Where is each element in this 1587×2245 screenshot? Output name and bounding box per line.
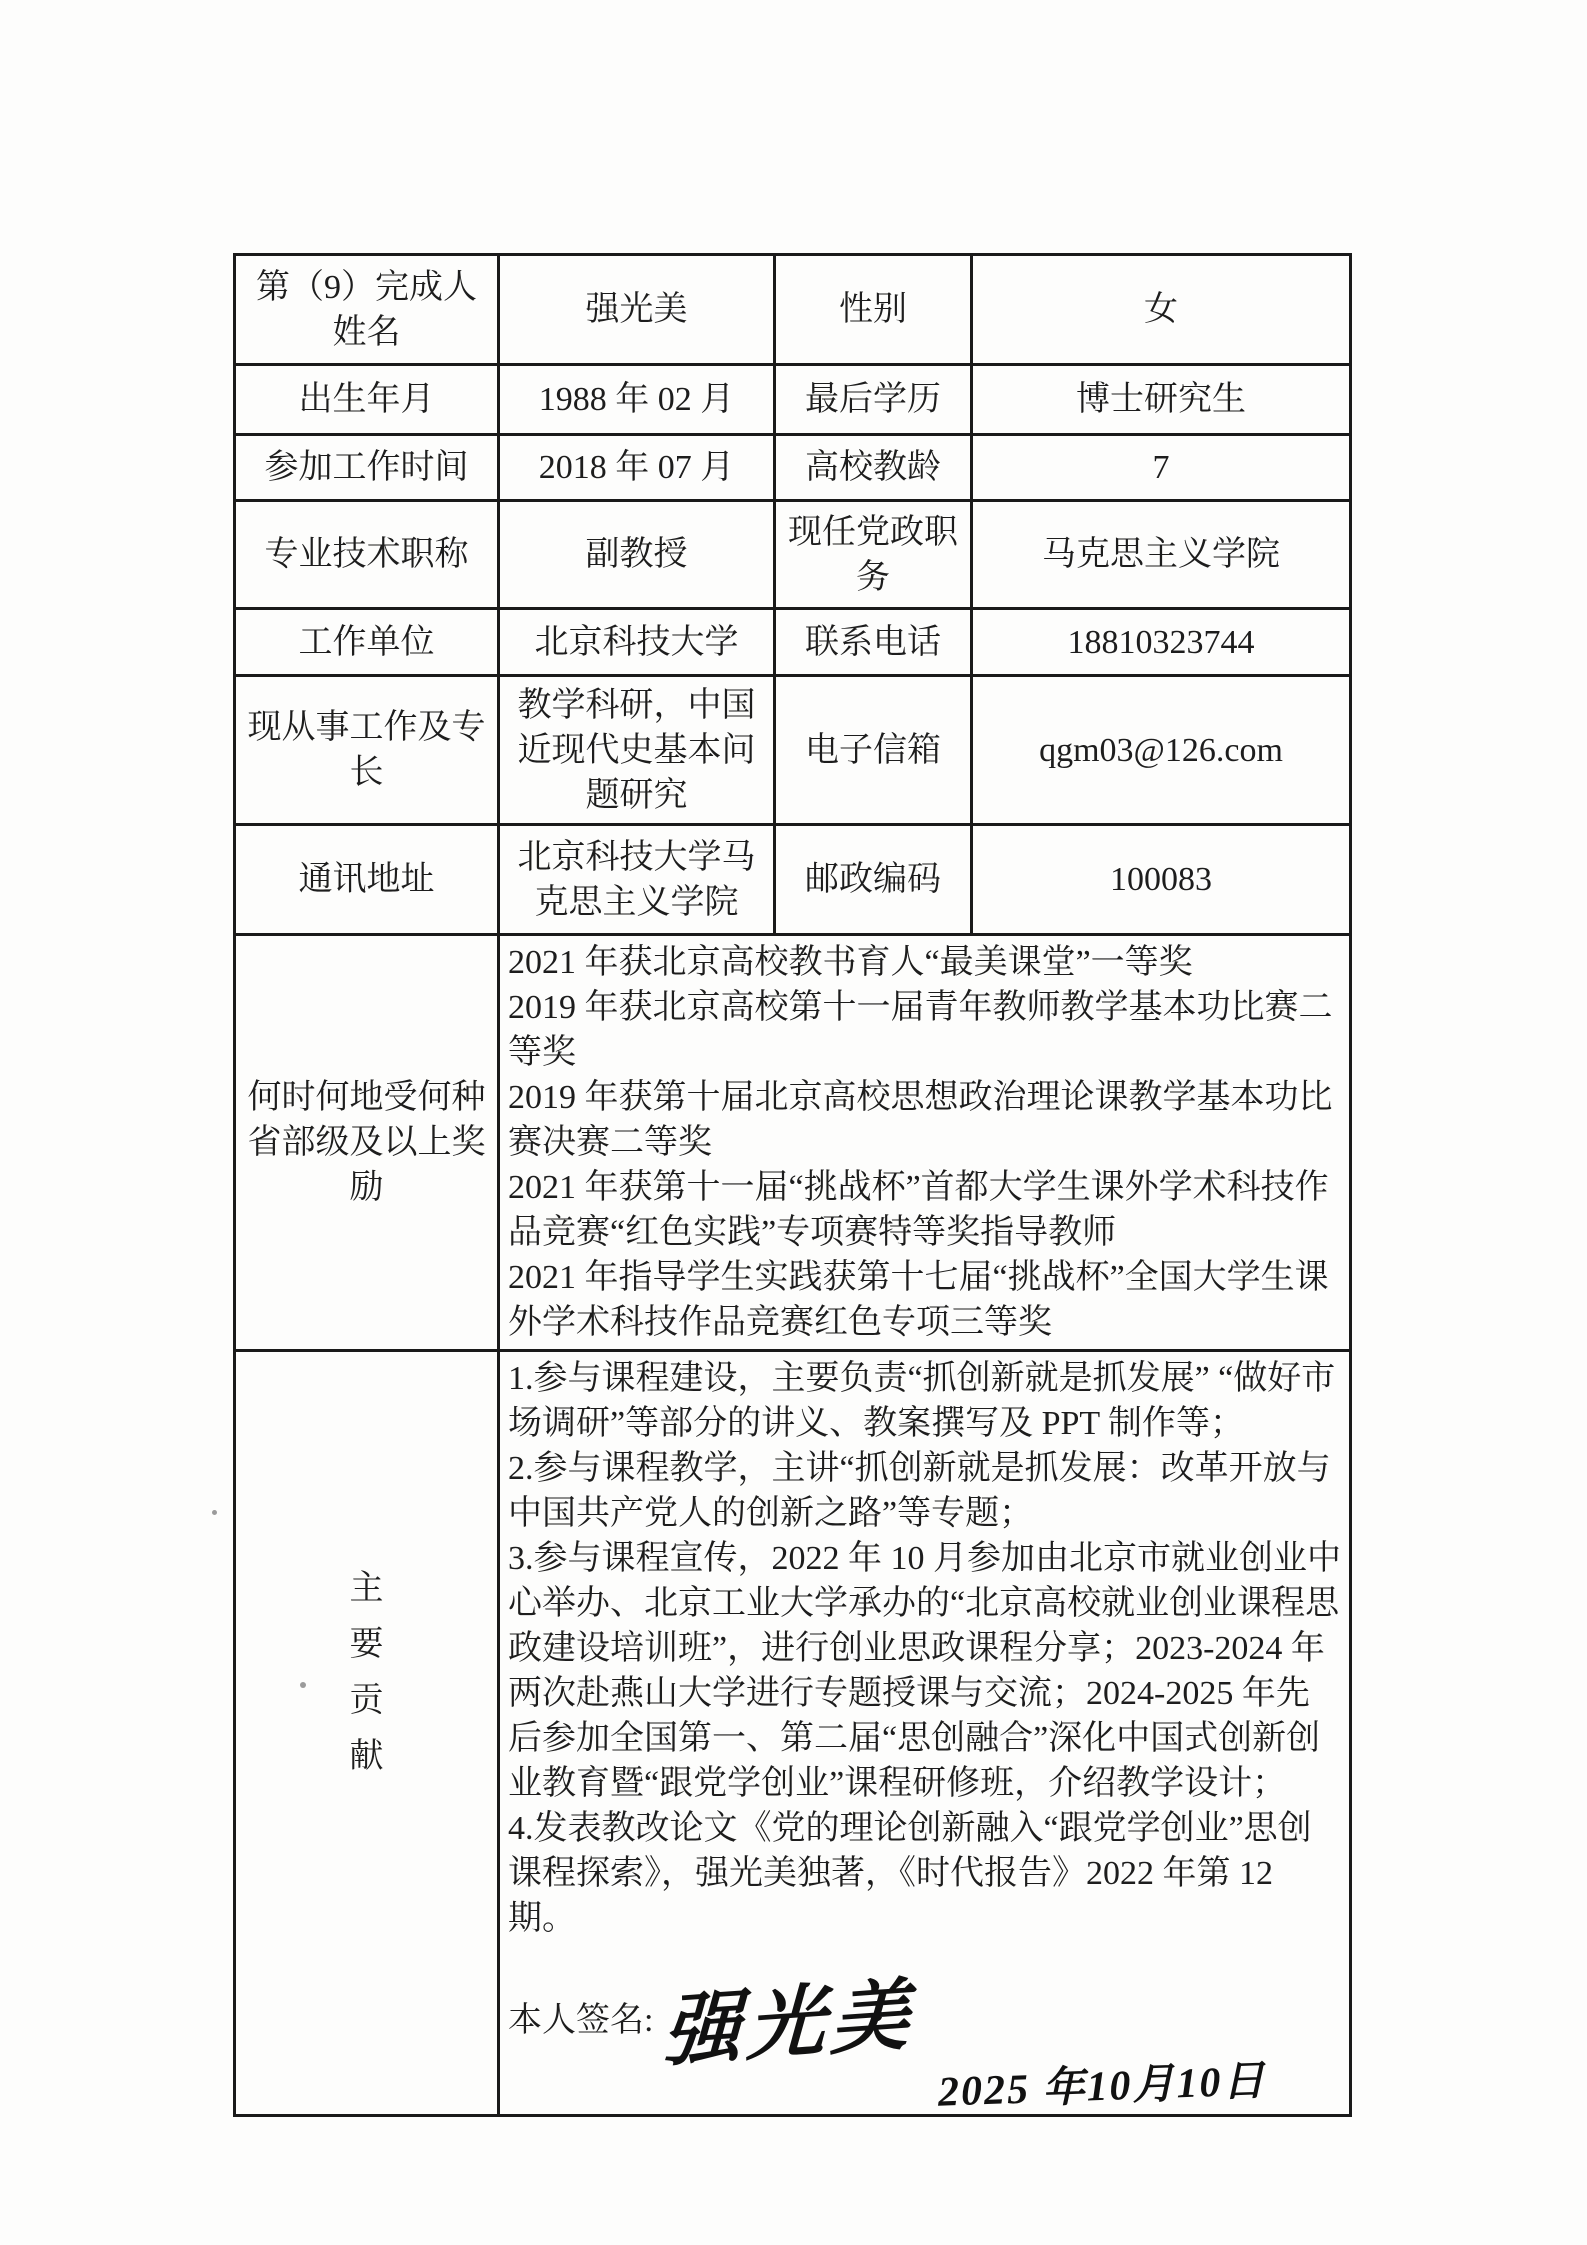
label-phone: 联系电话 [775,609,972,676]
awards-content: 2021 年获北京高校教书育人“最美课堂”一等奖 2019 年获北京高校第十一届… [499,935,1351,1351]
award-item: 2019 年获北京高校第十一届青年教师教学基本功比赛二等奖 [508,985,1341,1075]
label-completer-name: 第（9）完成人姓名 [235,255,499,365]
table-row: 现从事工作及专长 教学科研，中国近现代史基本问题研究 电子信箱 qgm03@12… [235,676,1351,825]
value-employer: 北京科技大学 [499,609,775,676]
contribution-item: 2.参与课程教学，主讲“抓创新就是抓发展：改革开放与中国共产党人的创新之路”等专… [508,1446,1341,1536]
label-mailing-address: 通讯地址 [235,825,499,935]
label-work-start: 参加工作时间 [235,435,499,501]
signature-line: 本人签名: 强光美 [508,1989,1341,2059]
label-professional-title: 专业技术职称 [235,501,499,609]
value-gender: 女 [972,255,1351,365]
contribution-item: 3.参与课程宣传，2022 年 10 月参加由北京市就业创业中心举办、北京工业大… [508,1536,1341,1806]
contributions-content: 1.参与课程建设，主要负责“抓创新就是抓发展” “做好市场调研”等部分的讲义、教… [499,1351,1351,2116]
value-birth-date: 1988 年 02 月 [499,365,775,435]
value-highest-education: 博士研究生 [972,365,1351,435]
signature-label: 本人签名: [508,1989,653,2053]
award-item: 2019 年获第十届北京高校思想政治理论课教学基本功比赛决赛二等奖 [508,1075,1341,1165]
award-item: 2021 年指导学生实践获第十七届“挑战杯”全国大学生课外学术科技作品竞赛红色专… [508,1255,1341,1345]
award-item: 2021 年获第十一届“挑战杯”首都大学生课外学术科技作品竞赛“红色实践”专项赛… [508,1165,1341,1255]
scanned-form-page: 第（9）完成人姓名 强光美 性别 女 出生年月 1988 年 02 月 最后学历… [0,0,1587,2245]
label-highest-education: 最后学历 [775,365,972,435]
value-teaching-years: 7 [972,435,1351,501]
label-teaching-years: 高校教龄 [775,435,972,501]
value-current-work: 教学科研，中国近现代史基本问题研究 [499,676,775,825]
value-professional-title: 副教授 [499,501,775,609]
handwritten-signature: 强光美 [663,1980,917,2068]
label-email: 电子信箱 [775,676,972,825]
value-mailing-address: 北京科技大学马克思主义学院 [499,825,775,935]
value-email: qgm03@126.com [972,676,1351,825]
contribution-item: 1.参与课程建设，主要负责“抓创新就是抓发展” “做好市场调研”等部分的讲义、教… [508,1356,1341,1446]
awards-row: 何时何地受何种省部级及以上奖励 2021 年获北京高校教书育人“最美课堂”一等奖… [235,935,1351,1351]
value-phone: 18810323744 [972,609,1351,676]
scan-speck [212,1510,217,1515]
award-item: 2021 年获北京高校教书育人“最美课堂”一等奖 [508,940,1341,985]
label-birth-date: 出生年月 [235,365,499,435]
contributions-row: 主要贡献 1.参与课程建设，主要负责“抓创新就是抓发展” “做好市场调研”等部分… [235,1351,1351,2116]
label-gender: 性别 [775,255,972,365]
label-awards: 何时何地受何种省部级及以上奖励 [235,935,499,1351]
handwritten-date: 2025 年10月10日 [937,2059,1267,2115]
contribution-item: 4.发表教改论文《党的理论创新融入“跟党学创业”思创课程探索》，强光美独著，《时… [508,1806,1341,1941]
table-row: 第（9）完成人姓名 强光美 性别 女 [235,255,1351,365]
table-row: 专业技术职称 副教授 现任党政职务 马克思主义学院 [235,501,1351,609]
value-postal-code: 100083 [972,825,1351,935]
main-contributions-vertical-text: 主要贡献 [347,1561,387,1785]
table-row: 工作单位 北京科技大学 联系电话 18810323744 [235,609,1351,676]
value-party-position: 马克思主义学院 [972,501,1351,609]
table-row: 通讯地址 北京科技大学马克思主义学院 邮政编码 100083 [235,825,1351,935]
label-postal-code: 邮政编码 [775,825,972,935]
table-row: 出生年月 1988 年 02 月 最后学历 博士研究生 [235,365,1351,435]
label-party-position: 现任党政职务 [775,501,972,609]
completer-info-table: 第（9）完成人姓名 强光美 性别 女 出生年月 1988 年 02 月 最后学历… [233,253,1352,2117]
label-current-work: 现从事工作及专长 [235,676,499,825]
value-work-start: 2018 年 07 月 [499,435,775,501]
scan-speck [300,1682,306,1688]
value-completer-name: 强光美 [499,255,775,365]
label-main-contributions: 主要贡献 [235,1351,499,2116]
label-employer: 工作单位 [235,609,499,676]
table-row: 参加工作时间 2018 年 07 月 高校教龄 7 [235,435,1351,501]
